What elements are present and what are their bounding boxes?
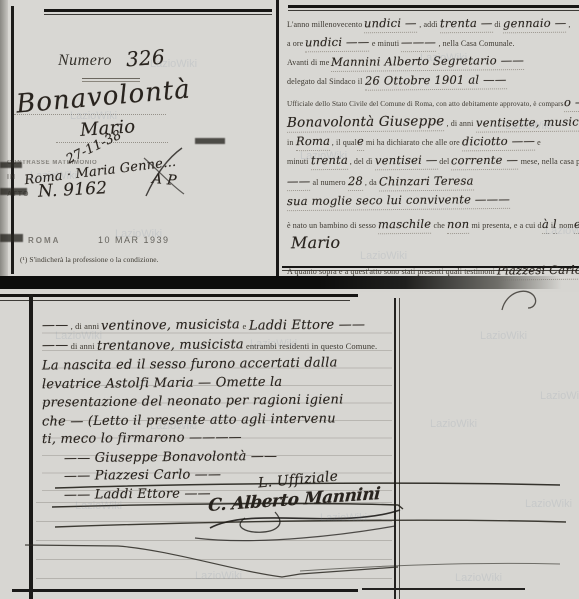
printed-form-text: A quanto sopra e a quest'atto sono stati… — [287, 267, 497, 276]
handwritten-entry: che — (Letto il presente atto agli inter… — [42, 410, 336, 431]
printed-form-text: che — [431, 221, 447, 230]
top-rule-thin — [0, 300, 350, 301]
printed-form-text: delegato dal Sindaco il — [287, 77, 365, 86]
stamp-smudge — [0, 188, 27, 195]
stamp-smudge — [195, 138, 225, 144]
act-line: —— di anni trentanove, musicista entramb… — [42, 336, 392, 356]
handwritten-entry: 28 — [348, 173, 363, 191]
printed-form-text: , di anni — [444, 119, 475, 128]
printed-form-text: mi presenta, e a cui d — [469, 221, 541, 230]
child-surname-handwritten: Bonavolontà — [15, 74, 192, 119]
handwritten-entry: —— — [42, 336, 69, 354]
printed-form-text: , del dì — [348, 157, 375, 166]
printed-form-text: e minuti — [370, 39, 401, 48]
act-line: a ore undici —— e minuti ——— , nella Cas… — [287, 33, 579, 52]
printed-form-text: L'anno millenovecento — [287, 20, 364, 29]
handwritten-entry: non — [447, 216, 470, 234]
register-page-bottom: —— , di anni ventinove, musicista e Ladd… — [0, 292, 579, 599]
handwritten-entry: trentanove, musicista — [97, 336, 244, 355]
handwritten-entry: Mannini Alberto Segretario —— — [331, 52, 524, 72]
handwritten-entry: —— — [287, 173, 311, 191]
handwritten-entry: ventisei — — [375, 152, 438, 171]
margin-ruled-line — [14, 114, 166, 115]
act-line: Avanti di me Mannini Alberto Segretario … — [287, 52, 579, 71]
act-line: Ufficiale dello Stato Civile del Comune … — [287, 93, 579, 113]
handwritten-entry: e — [357, 133, 364, 151]
handwritten-entry: gennaio — — [503, 15, 567, 34]
act-line: delegato dal Sindaco il 26 Ottobre 1901 … — [287, 71, 579, 90]
handwritten-entry: ventisette, musicista — [475, 113, 579, 132]
act-line: che — (Letto il presente atto agli inter… — [42, 411, 392, 430]
act-line: ti, meco lo firmarono ———— — [42, 429, 392, 448]
column-divider-line — [276, 0, 279, 278]
act-continuation-text: —— , di anni ventinove, musicista e Ladd… — [42, 316, 392, 503]
act-line: minuti trenta , del dì ventisei — del co… — [287, 151, 579, 170]
printed-form-text: in — [287, 138, 296, 147]
record-number: Numero 326 — [58, 46, 165, 70]
printed-form-text: nom — [557, 221, 574, 230]
printed-form-text: del — [437, 157, 451, 166]
handwritten-entry: trenta — [311, 152, 348, 170]
handwritten-entry: diciotto —— — [462, 133, 535, 152]
handwritten-entry: l — [553, 216, 557, 234]
act-line: levatrice Astolfi Maria — Omette la — [42, 374, 392, 393]
date-stamp-city: ROMA — [28, 236, 60, 245]
printed-form-text: di anni — [68, 341, 97, 351]
bottom-rule-right — [362, 588, 525, 590]
stray-pen-mark — [498, 284, 546, 314]
handwritten-entry: Roma — [295, 133, 329, 151]
printed-form-text: Avanti di me — [287, 58, 331, 67]
record-margin: Numero 326 Bonavolontà Mario 27-11-38 CO… — [0, 0, 276, 278]
handwritten-entry: ventinove, musicista — [101, 316, 240, 335]
act-line: L'anno millenovecento undici — , addì tr… — [287, 14, 579, 33]
numero-label: Numero — [58, 52, 112, 69]
date-stamp-value: 10 MAR 1939 — [98, 235, 170, 245]
stamp-smudge — [0, 162, 22, 168]
handwritten-entry: corrente — — [451, 152, 518, 171]
handwritten-entry: —— Giuseppe Bonavolontà —— — [64, 447, 277, 467]
stamp-smudge — [0, 234, 23, 242]
printed-form-text: mi ha dichiarato che alle ore — [364, 138, 462, 147]
handwritten-entry: La nascita ed il sesso furono accertati … — [42, 354, 338, 375]
act-line: è nato un bambino di sesso maschile che … — [287, 215, 579, 234]
page-gap-band — [0, 276, 579, 289]
act-line: La nascita ed il sesso furono accertati … — [42, 355, 392, 374]
annotation-act-number-handwritten: N. 9162 — [38, 178, 108, 202]
cancellation-strokes — [0, 477, 579, 597]
handwritten-entry: à — [542, 216, 549, 234]
handwritten-entry: ——— — [401, 34, 436, 52]
act-line: —— Giuseppe Bonavolontà —— — [64, 448, 392, 467]
handwritten-entry: Mario — [291, 234, 341, 252]
handwritten-entry: —— — [42, 317, 69, 335]
act-text: L'anno millenovecento undici — , addì tr… — [287, 14, 579, 280]
pen-cross-flourish — [138, 144, 188, 204]
handwritten-entry: undici — — [364, 15, 417, 34]
printed-form-text: al numero — [310, 178, 347, 187]
printed-form-text: e — [535, 138, 541, 147]
handwritten-entry: 26 Ottobre 1901 al —— — [364, 71, 506, 90]
top-rule — [0, 294, 358, 297]
printed-form-text: , il qual — [330, 138, 357, 147]
marriage-annotation-stamp: 27-11-38 CONTRASSE MATRIMONIO IN Roma · … — [0, 136, 276, 251]
act-line: sua moglie seco lui convivente ——— — [287, 191, 579, 210]
printed-form-text: Ufficiale dello Stato Civile del Comune … — [287, 100, 564, 108]
printed-form-text: a ore — [287, 39, 305, 48]
printed-form-text: di — [492, 20, 503, 29]
top-rule — [288, 5, 579, 8]
printed-form-text: , nella Casa Comunale. — [436, 39, 514, 48]
act-line: presentazione del neonato per ragioni ig… — [42, 392, 392, 411]
act-line: Bonavolontà Giuseppe , di anni ventisett… — [287, 113, 579, 132]
handwritten-entry: levatrice Astolfi Maria — Omette la — [42, 373, 282, 393]
act-line: —— al numero 28 , da Chinzari Teresa — [287, 172, 579, 191]
handwritten-entry: Laddi Ettore —— — [249, 316, 365, 335]
printed-form-text: , — [566, 20, 570, 29]
handwritten-entry: undici —— — [305, 34, 370, 53]
handwritten-entry: presentazione del neonato per ragioni ig… — [42, 391, 344, 412]
top-rule-thin — [288, 10, 579, 11]
register-page-top: Numero 326 Bonavolontà Mario 27-11-38 CO… — [0, 0, 579, 278]
handwritten-entry: maschile — [378, 216, 431, 235]
act-line: —— , di anni ventinove, musicista e Ladd… — [42, 316, 392, 336]
printed-form-text: mese, nella casa posta in — [519, 157, 579, 166]
act-line: Mario — [287, 234, 579, 252]
bottom-rule — [12, 589, 358, 592]
margin-footnote: (¹) S'indicherà la professione o la cond… — [20, 255, 159, 264]
printed-form-text: , addì — [417, 20, 440, 29]
handwritten-entry: trenta — — [440, 15, 493, 34]
stamp-text-in: IN — [7, 174, 16, 181]
handwritten-entry: o — — [563, 94, 579, 112]
printed-form-text: , da — [363, 178, 379, 187]
handwritten-entry: Chinzari Teresa — [379, 173, 474, 192]
printed-form-text: entrambi residenti in questo Comune. — [244, 341, 378, 351]
printed-form-text: minuti — [287, 157, 311, 166]
handwritten-entry: Bonavolontà Giuseppe — [287, 113, 445, 133]
printed-form-text: , di anni — [68, 321, 101, 331]
handwritten-entry: ti, meco lo firmarono ———— — [42, 429, 242, 449]
printed-form-text: e — [240, 321, 248, 331]
act-line: in Roma , il quale mi ha dichiarato che … — [287, 132, 579, 151]
scanned-birth-record: Numero 326 Bonavolontà Mario 27-11-38 CO… — [0, 0, 579, 599]
handwritten-entry: sua moglie seco lui convivente ——— — [287, 191, 510, 211]
handwritten-entry: e — [574, 216, 579, 234]
numero-value-handwritten: 326 — [125, 45, 165, 72]
printed-form-text: è nato un bambino di sesso — [287, 221, 378, 230]
